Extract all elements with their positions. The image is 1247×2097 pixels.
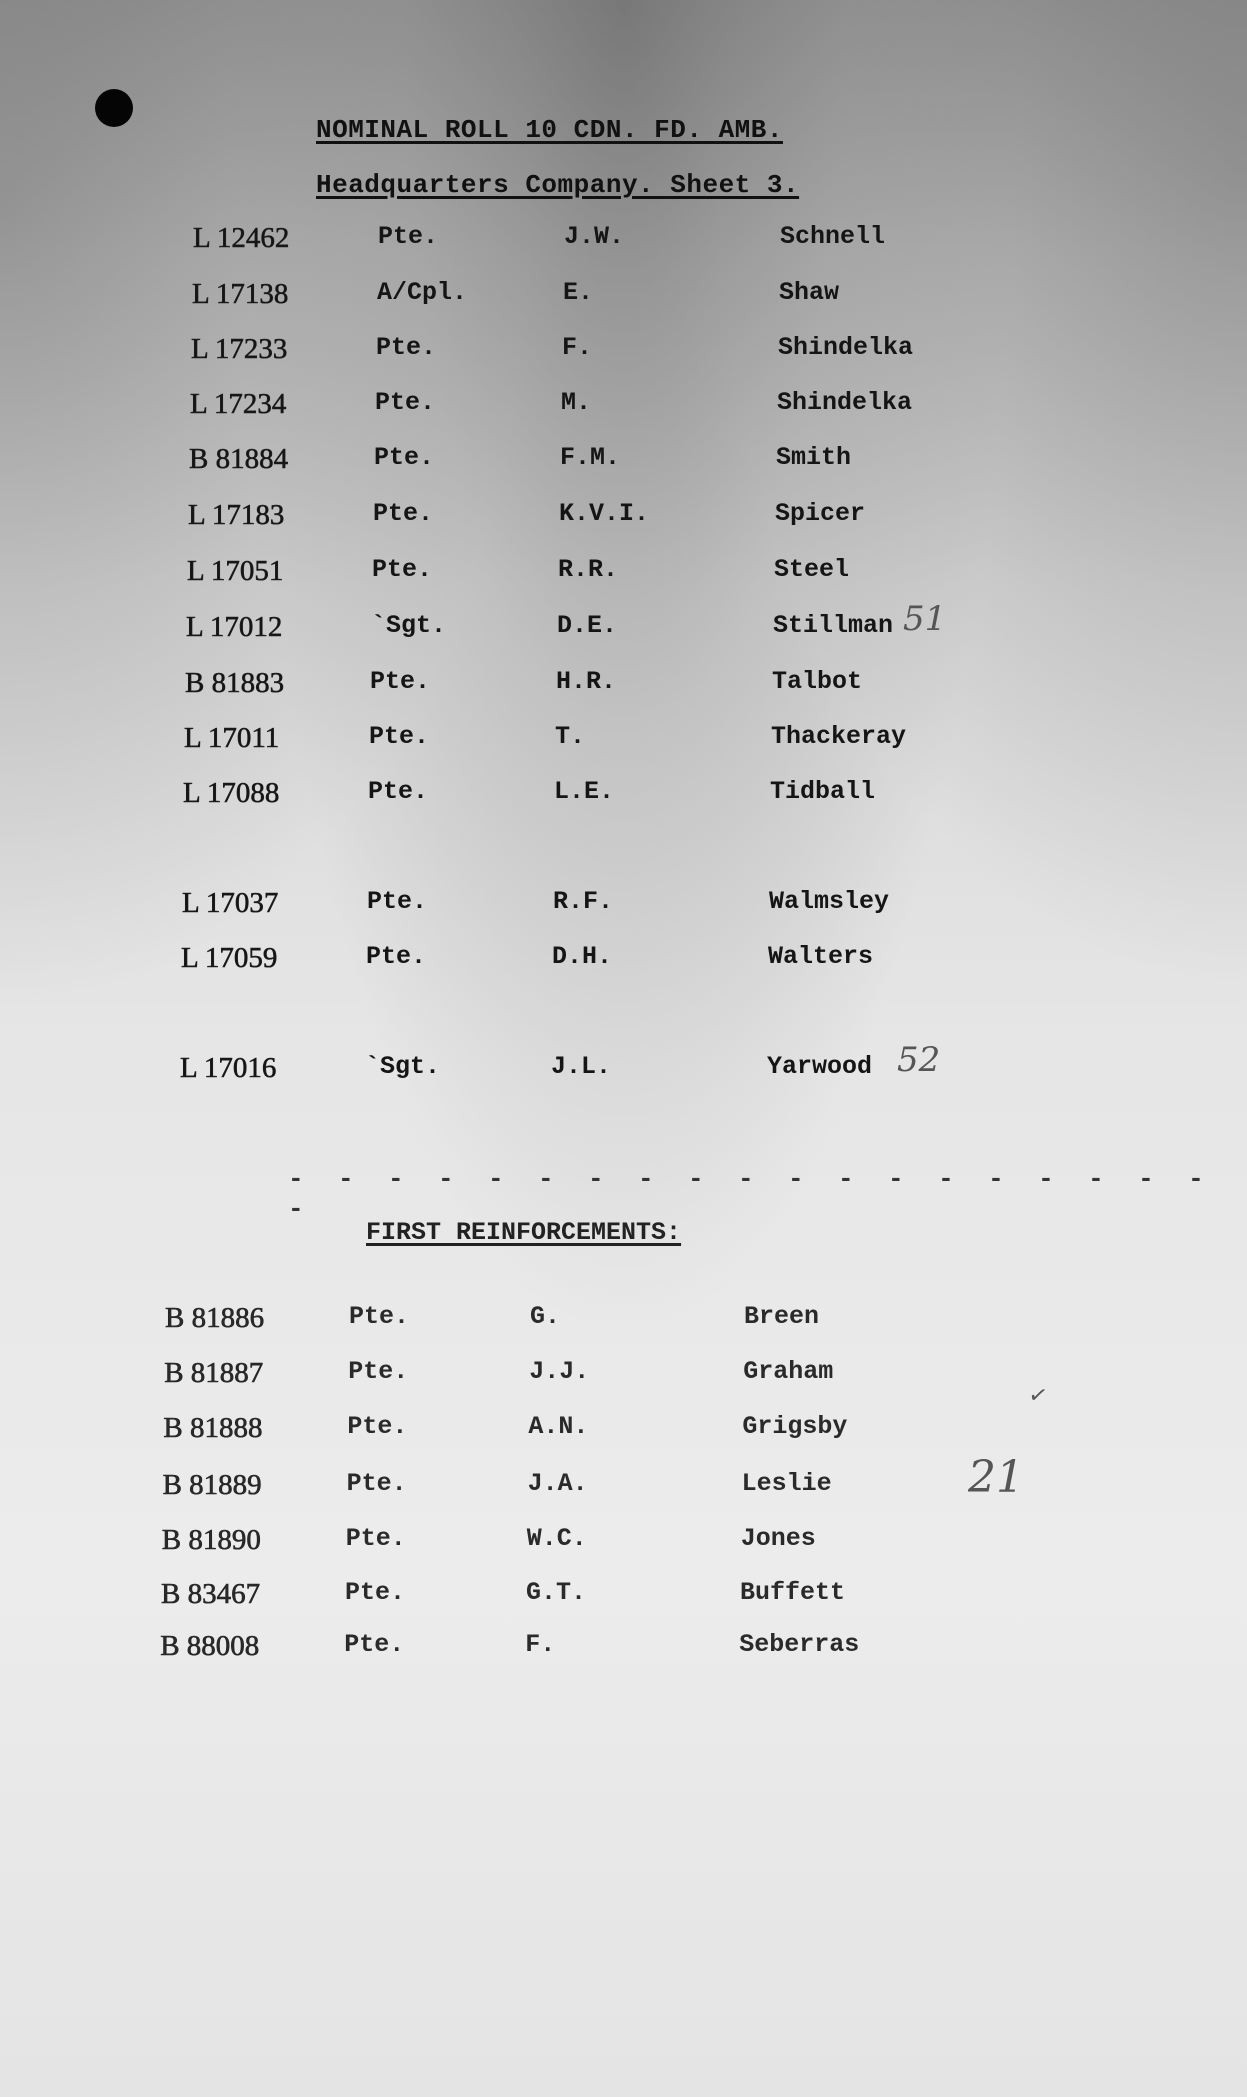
initials: J.J. xyxy=(529,1357,589,1386)
service-number: L 17011 xyxy=(184,722,279,755)
rank: Pte. xyxy=(346,1524,406,1553)
rank: Pte. xyxy=(344,1630,404,1659)
rank: Pte. xyxy=(376,333,436,362)
service-number: B 81889 xyxy=(163,1469,262,1502)
surname: Graham xyxy=(743,1357,833,1386)
surname: Steel xyxy=(774,555,849,584)
initials: M. xyxy=(561,388,591,417)
rank: `Sgt. xyxy=(365,1052,440,1081)
service-number: L 17016 xyxy=(180,1052,276,1085)
rank: Pte. xyxy=(373,499,433,528)
surname: Grigsby xyxy=(742,1412,847,1441)
initials: E. xyxy=(563,278,593,307)
rank: Pte. xyxy=(347,1469,407,1498)
surname: Thackeray xyxy=(771,722,906,751)
surname: Shaw xyxy=(779,278,839,307)
rank: Pte. xyxy=(367,887,427,916)
rank: Pte. xyxy=(372,555,432,584)
initials: J.L. xyxy=(551,1052,611,1081)
service-number: B 81886 xyxy=(165,1302,264,1335)
handwritten-total: 21 xyxy=(968,1452,1024,1503)
initials: A.N. xyxy=(528,1412,588,1441)
surname: Stillman xyxy=(773,611,893,640)
initials: F. xyxy=(562,333,592,362)
initials: R.R. xyxy=(558,555,618,584)
initials: J.A. xyxy=(528,1469,588,1498)
handwritten-note: 51 xyxy=(903,599,946,639)
service-number: B 81883 xyxy=(185,667,284,700)
service-number: L 17088 xyxy=(183,777,279,810)
initials: W.C. xyxy=(527,1524,587,1553)
document-subtitle: Headquarters Company. Sheet 3. xyxy=(316,170,799,200)
surname: Breen xyxy=(744,1302,819,1331)
rank: Pte. xyxy=(345,1578,405,1607)
rank: Pte. xyxy=(378,222,438,251)
surname: Schnell xyxy=(780,222,885,251)
rank: Pte. xyxy=(348,1357,408,1386)
initials: T. xyxy=(555,722,585,751)
service-number: L 17037 xyxy=(182,887,278,920)
initials: G. xyxy=(530,1302,560,1331)
rank: Pte. xyxy=(375,388,435,417)
surname: Walmsley xyxy=(769,887,889,916)
service-number: L 17183 xyxy=(188,499,284,532)
service-number: L 17233 xyxy=(191,333,287,366)
rank: Pte. xyxy=(369,722,429,751)
rank: Pte. xyxy=(374,443,434,472)
service-number: B 81884 xyxy=(189,443,288,476)
initials: D.E. xyxy=(557,611,617,640)
surname: Smith xyxy=(776,443,851,472)
surname: Jones xyxy=(741,1524,816,1553)
initials: L.E. xyxy=(554,777,614,806)
rank: Pte. xyxy=(349,1302,409,1331)
reinforcements-heading: FIRST REINFORCEMENTS: xyxy=(366,1218,681,1247)
service-number: L 12462 xyxy=(193,222,289,255)
initials: D.H. xyxy=(552,942,612,971)
section-divider: - - - - - - - - - - - - - - - - - - - - xyxy=(288,1164,1247,1224)
service-number: B 88008 xyxy=(160,1630,259,1663)
surname: Spicer xyxy=(775,499,865,528)
service-number: L 17051 xyxy=(187,555,283,588)
service-number: L 17012 xyxy=(186,611,282,644)
surname: Shindelka xyxy=(778,333,913,362)
surname: Talbot xyxy=(772,667,862,696)
surname: Seberras xyxy=(739,1630,859,1659)
service-number: L 17138 xyxy=(192,278,288,311)
punch-hole xyxy=(95,89,133,127)
initials: R.F. xyxy=(553,887,613,916)
service-number: L 17059 xyxy=(181,942,277,975)
initials: G.T. xyxy=(526,1578,586,1607)
initials: J.W. xyxy=(564,222,624,251)
surname: Yarwood xyxy=(767,1052,872,1081)
rank: `Sgt. xyxy=(371,611,446,640)
initials: F. xyxy=(525,1630,555,1659)
rank: Pte. xyxy=(370,667,430,696)
tick-mark-icon: ✓ xyxy=(1027,1379,1048,1412)
rank: Pte. xyxy=(368,777,428,806)
surname: Walters xyxy=(768,942,873,971)
initials: K.V.I. xyxy=(559,499,649,528)
service-number: L 17234 xyxy=(190,388,286,421)
service-number: B 81890 xyxy=(162,1524,261,1557)
document-page: NOMINAL ROLL 10 CDN. FD. AMB. Headquarte… xyxy=(0,0,1247,2097)
initials: F.M. xyxy=(560,443,620,472)
rank: Pte. xyxy=(366,942,426,971)
service-number: B 83467 xyxy=(161,1578,260,1611)
document-title: NOMINAL ROLL 10 CDN. FD. AMB. xyxy=(316,115,783,145)
surname: Tidball xyxy=(770,777,875,806)
rank: Pte. xyxy=(347,1412,407,1441)
surname: Shindelka xyxy=(777,388,912,417)
service-number: B 81887 xyxy=(164,1357,263,1390)
rank: A/Cpl. xyxy=(377,278,467,307)
surname: Leslie xyxy=(742,1469,832,1498)
handwritten-note: 52 xyxy=(897,1040,940,1080)
service-number: B 81888 xyxy=(163,1412,262,1445)
surname: Buffett xyxy=(740,1578,845,1607)
initials: H.R. xyxy=(556,667,616,696)
